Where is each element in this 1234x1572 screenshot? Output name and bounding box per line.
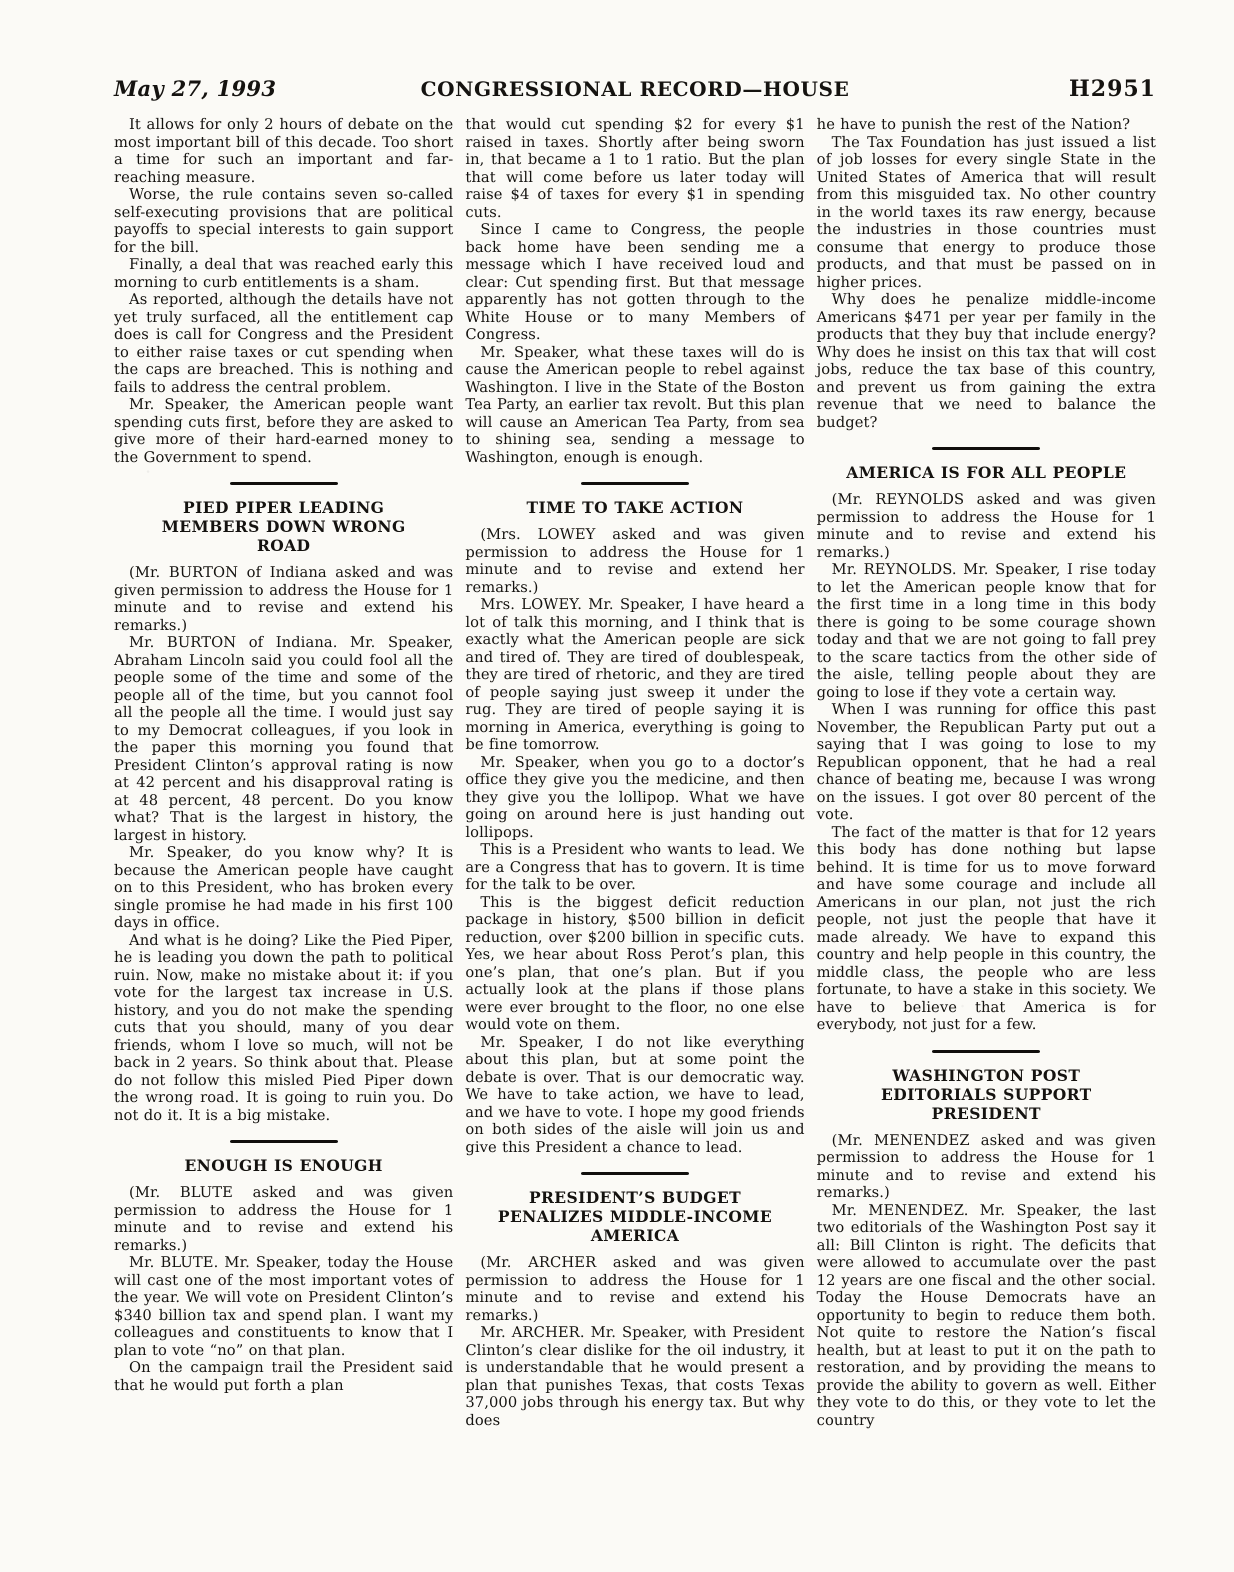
paragraph: The fact of the matter is that for 12 ye… [817,824,1156,1034]
separator-bar [581,482,689,485]
paragraph: Mr. Speaker, the American people want sp… [114,396,453,466]
paragraph: This is the biggest deficit reduction pa… [465,894,804,1034]
paragraph: Mr. Speaker, what these taxes will do is… [465,344,804,467]
paragraph: (Mr. BURTON of Indiana asked and was giv… [114,564,453,634]
section-heading: PRESIDENT’S BUDGET PENALIZES MIDDLE-INCO… [483,1188,786,1245]
paragraph: Mr. BURTON of Indiana. Mr. Speaker, Abra… [114,634,453,844]
publication-title: CONGRESSIONAL RECORD—HOUSE [364,77,906,101]
separator-bar [581,1172,689,1175]
paragraph: And what is he doing? Like the Pied Pipe… [114,932,453,1125]
paragraph: Mr. MENENDEZ. Mr. Speaker, the last two … [817,1202,1156,1430]
section-heading: TIME TO TAKE ACTION [483,498,786,517]
paragraph: (Mr. ARCHER asked and was given permissi… [465,1254,804,1324]
column-3: he have to punish the rest of the Nation… [817,116,1156,1429]
paragraph: Mr. REYNOLDS. Mr. Speaker, I rise today … [817,561,1156,701]
congressional-record-page: May 27, 1993 CONGRESSIONAL RECORD—HOUSE … [0,0,1234,1572]
section-separator [817,446,1156,450]
paragraph: (Mrs. LOWEY asked and was given permissi… [465,526,804,596]
separator-bar [230,1140,338,1143]
section-separator [465,481,804,485]
section-separator [465,1171,804,1175]
paragraph: Why does he penalize middle-income Ameri… [817,291,1156,431]
separator-bar [230,482,338,485]
paragraph: (Mr. BLUTE asked and was given permissio… [114,1184,453,1254]
section-heading: ENOUGH IS ENOUGH [132,1156,435,1175]
paragraph: It allows for only 2 hours of debate on … [114,116,453,186]
paragraph: Worse, the rule contains seven so-called… [114,186,453,256]
paragraph: As reported, although the details have n… [114,291,453,396]
paragraph: Mr. Speaker, when you go to a doctor’s o… [465,754,804,842]
paragraph: Finally, a deal that was reached early t… [114,256,453,291]
paragraph: Mrs. LOWEY. Mr. Speaker, I have heard a … [465,596,804,754]
text-columns: It allows for only 2 hours of debate on … [114,116,1156,1429]
page-number: H2951 [906,76,1156,102]
paragraph: that would cut spending $2 for every $1 … [465,116,804,221]
paragraph: (Mr. REYNOLDS asked and was given permis… [817,491,1156,561]
separator-bar [932,447,1040,450]
section-heading: AMERICA IS FOR ALL PEOPLE [835,463,1138,482]
section-heading: PIED PIPER LEADING MEMBERS DOWN WRONG RO… [132,498,435,555]
page-header: May 27, 1993 CONGRESSIONAL RECORD—HOUSE … [114,76,1156,102]
section-separator [817,1049,1156,1053]
section-separator [114,1139,453,1143]
paragraph: (Mr. MENENDEZ asked and was given permis… [817,1132,1156,1202]
paragraph: Mr. Speaker, do you know why? It is beca… [114,844,453,932]
paragraph: Mr. BLUTE. Mr. Speaker, today the House … [114,1254,453,1359]
issue-date: May 27, 1993 [114,76,364,101]
section-separator [114,481,453,485]
paragraph: Mr. Speaker, I do not like everything ab… [465,1034,804,1157]
paragraph: This is a President who wants to lead. W… [465,841,804,894]
separator-bar [932,1050,1040,1053]
paragraph: Since I came to Congress, the people bac… [465,221,804,344]
section-heading: WASHINGTON POST EDITORIALS SUPPORT PRESI… [835,1066,1138,1123]
paragraph: he have to punish the rest of the Nation… [817,116,1156,134]
paragraph: On the campaign trail the President said… [114,1359,453,1394]
column-2: that would cut spending $2 for every $1 … [465,116,804,1429]
column-1: It allows for only 2 hours of debate on … [114,116,453,1429]
paragraph: The Tax Foundation has just issued a lis… [817,134,1156,292]
paragraph: Mr. ARCHER. Mr. Speaker, with President … [465,1324,804,1429]
paragraph: When I was running for office this past … [817,701,1156,824]
